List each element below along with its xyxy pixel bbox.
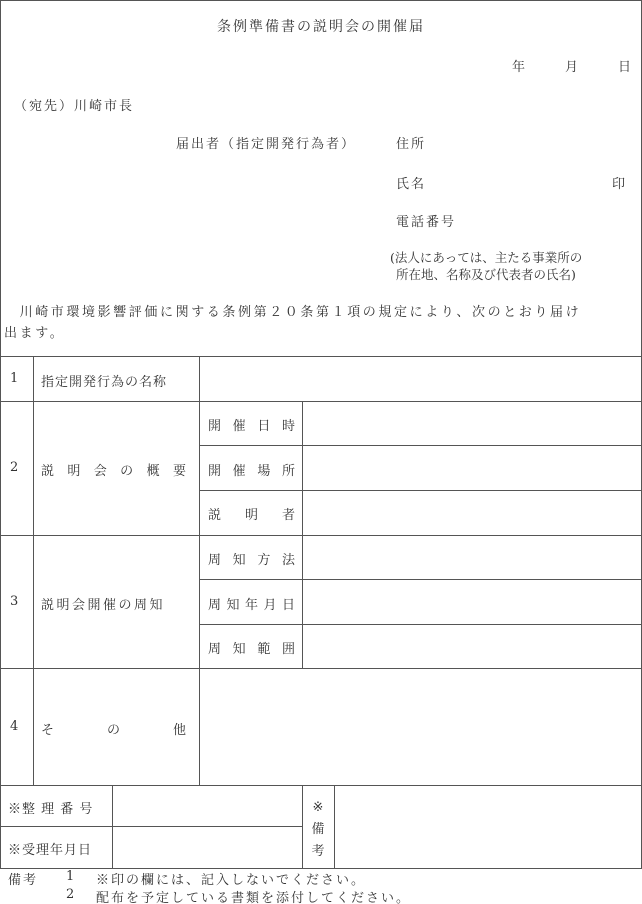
label-char: 方 [257,549,271,568]
row-divider [199,490,642,491]
name-input[interactable] [440,169,609,193]
label-char: ※ [308,797,328,819]
label-char: 備 [308,819,328,841]
row-number: 1 [10,371,19,386]
sub-label-notice-date: 周 知 年 月 日 [208,594,296,613]
label-char: 明 [67,460,81,479]
address-input[interactable] [440,129,634,153]
label-char: 周 [208,549,222,568]
label-char: 催 [233,460,247,479]
addressee: （宛先）川崎市長 [14,95,134,114]
sub-label-venue: 開 催 場 所 [208,460,296,479]
ref-number-label: ※整 理 番 号 [8,798,93,817]
briefing-datetime-input[interactable] [307,405,641,443]
footnote-number: 1 [66,869,76,884]
label-char: 囲 [282,638,296,657]
label-char: 周 [208,638,222,657]
label-char: 知 [233,549,247,568]
date-day-label: 日 [618,56,631,75]
col-divider [33,356,34,785]
label-char: 日 [257,415,271,434]
col-divider [112,785,113,868]
label-char: 開 [208,460,222,479]
received-date-input[interactable] [116,830,302,865]
label-char: 他 [173,719,187,738]
address-label: 住所 [396,133,426,152]
label-char: 者 [282,504,296,523]
label-char: 周 [208,594,222,613]
label-char: 概 [147,460,161,479]
label-char: の [107,719,121,738]
row-number: 3 [10,594,19,609]
applicant-label: 届出者（指定開発行為者） [176,133,356,152]
ref-number-input[interactable] [116,789,302,824]
label-char: 時 [282,415,296,434]
label-char: 要 [173,460,187,479]
remarks-textarea[interactable] [339,789,641,867]
sub-label-presenter: 説 明 者 [208,504,296,523]
remarks-vertical-label: ※ 備 考 [308,797,328,863]
label-char: そ [41,719,55,738]
notice-date-input[interactable] [307,584,641,622]
date-year-label: 年 [512,56,525,75]
label-char: 知 [226,594,240,613]
received-date-label: ※受理年月日 [8,839,92,858]
row-divider [0,785,642,786]
label-char: 法 [282,549,296,568]
label-char: 説 [208,504,222,523]
row-divider [199,579,642,580]
label-char: 会 [94,460,108,479]
col-divider [302,401,303,668]
label-char: の [120,460,134,479]
row-divider [199,624,642,625]
row-label-other: そ の 他 [41,719,187,738]
corp-note-line2: 所在地、名称及び代表者の氏名) [396,265,576,283]
label-char: 年 [245,594,259,613]
footnotes-heading: 備考 [8,869,38,888]
intro-line1: 川崎市環境影響評価に関する条例第２０条第１項の規定により、次のとおり届け [4,301,581,320]
label-char: 月 [263,594,277,613]
row-divider [0,535,642,536]
row-label-development-name: 指定開発行為の名称 [41,371,167,390]
row-label-briefing-overview: 説 明 会 の 概 要 [41,460,187,479]
label-char: 日 [282,594,296,613]
col-divider [302,785,303,868]
briefing-venue-input[interactable] [307,450,641,488]
corp-note-line1: (法人にあっては、主たる事業所の [390,248,582,266]
label-char: 知 [233,638,247,657]
label-char: 範 [257,638,271,657]
sub-label-notice-method: 周 知 方 法 [208,549,296,568]
col-divider [199,356,200,785]
form-title: 条例準備書の説明会の開催届 [0,16,642,36]
name-label: 氏名 [396,173,426,192]
row-number: 4 [10,719,19,734]
notice-method-input[interactable] [307,539,641,577]
row-divider [0,401,642,402]
label-char: 開 [208,415,222,434]
label-char: 明 [245,504,259,523]
date-month-label: 月 [565,56,578,75]
footnote-number: 2 [66,887,76,902]
other-textarea[interactable] [204,673,640,784]
table-top-border [0,356,642,357]
phone-input[interactable] [470,207,634,231]
briefing-presenter-input[interactable] [307,494,641,532]
row-divider [199,445,642,446]
label-char: 考 [308,841,328,863]
sub-label-datetime: 開 催 日 時 [208,415,296,434]
row-divider [0,668,642,669]
seal-mark: 印 [612,173,625,192]
label-char: 催 [233,415,247,434]
phone-label: 電話番号 [396,211,456,230]
label-char: 場 [257,460,271,479]
label-char: 説 [41,460,55,479]
row-label-briefing-notice: 説明会開催の周知 [41,594,165,613]
footnote-text: ※印の欄には、記入しないでください。 [96,869,366,888]
notice-scope-input[interactable] [307,628,641,666]
col-divider [334,785,335,868]
row-divider [0,826,302,827]
label-char: 所 [282,460,296,479]
row-number: 2 [10,460,19,475]
development-name-input[interactable] [204,361,640,399]
sub-label-notice-scope: 周 知 範 囲 [208,638,296,657]
footnote-text: 配布を予定している書類を添付してください。 [96,887,411,904]
intro-line2: 出ます。 [4,322,65,341]
